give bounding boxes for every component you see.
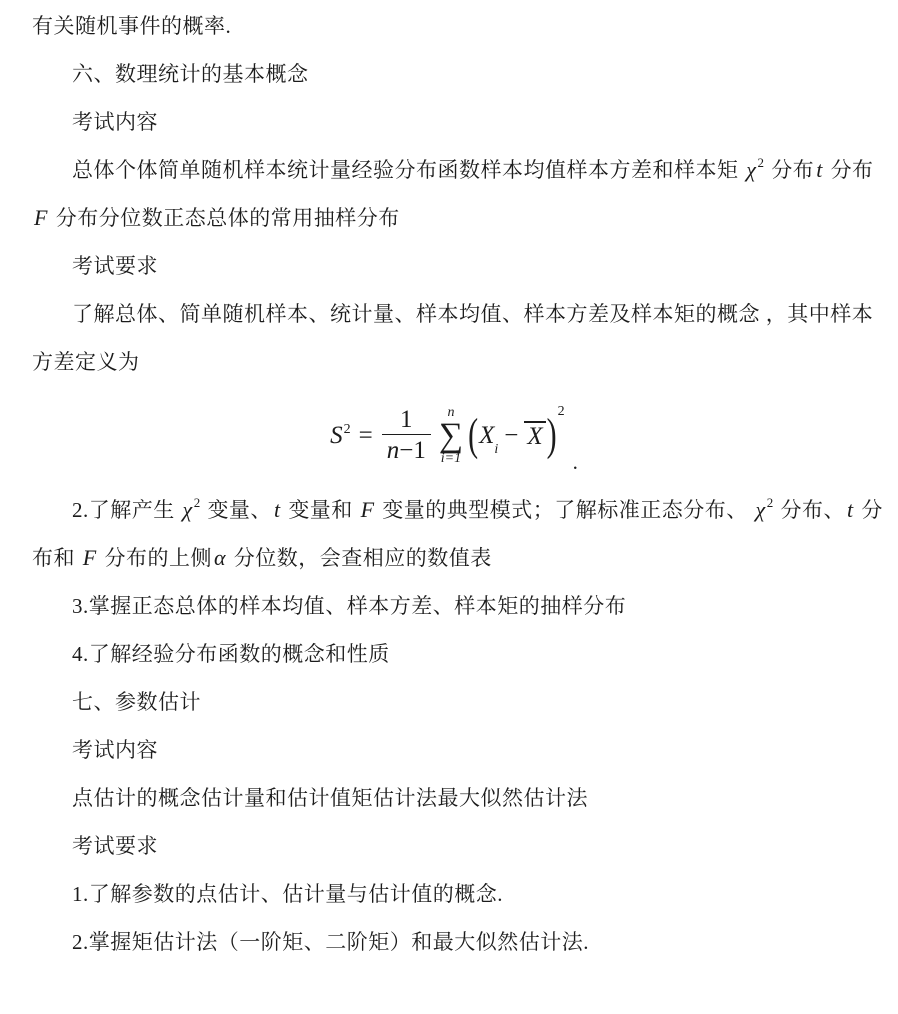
- text-run: 总体个体简单随机样本统计量经验分布函数样本均值样本方差和样本矩: [72, 158, 744, 182]
- summation-lower-limit: i=1: [441, 452, 461, 466]
- math-symbol: χ2: [744, 157, 765, 182]
- document-line: 2.掌握矩估计法（一阶矩、二阶矩）和最大似然估计法.: [32, 918, 868, 966]
- document-line: 了解总体、简单随机样本、统计量、样本均值、样本方差及样本矩的概念 ，其中样本: [32, 290, 868, 338]
- text-run: 分布: [825, 158, 874, 182]
- text-run: 变量的典型模式；了解标准正态分布、: [377, 498, 754, 522]
- text-run: 2.了解产生: [72, 498, 181, 522]
- summation: n ∑ i=1: [439, 406, 463, 466]
- math-symbol: F: [359, 497, 377, 522]
- text-run: 分布: [765, 158, 814, 182]
- document-line: F 分布分位数正态总体的常用抽样分布: [32, 194, 868, 242]
- document-line: 方差定义为: [32, 338, 868, 386]
- close-paren: ): [546, 414, 558, 459]
- fraction: 1 n−1: [382, 406, 431, 467]
- document-line: 考试要求: [32, 242, 868, 290]
- document-line: 总体个体简单随机样本统计量经验分布函数样本均值样本方差和样本矩 χ2 分布t 分…: [32, 146, 868, 194]
- open-paren: (: [467, 414, 479, 459]
- text-run: 方差定义为: [32, 350, 140, 374]
- formula-row: S2 = 1 n−1 n ∑ i=1 ( Xi − X ) 2 .: [330, 406, 570, 467]
- text-run: 1.了解参数的点估计、估计量与估计值的概念.: [72, 882, 503, 906]
- text-run: 变量、: [202, 498, 272, 522]
- document-line: 布和 F 分布的上侧α 分位数，会查相应的数值表: [32, 534, 868, 582]
- text-run: 点估计的概念估计量和估计值矩估计法最大似然估计法: [72, 786, 588, 810]
- document-line: 七、参数估计: [32, 678, 868, 726]
- text-block-bottom: 2.了解产生 χ2 变量、t 变量和 F 变量的典型模式；了解标准正态分布、 χ…: [32, 486, 868, 966]
- text-run: 考试要求: [72, 254, 158, 278]
- text-run: 3.掌握正态总体的样本均值、样本方差、样本矩的抽样分布: [72, 594, 626, 618]
- text-run: 有关随机事件的概率.: [32, 14, 231, 38]
- math-symbol: t: [272, 497, 283, 522]
- math-symbol: F: [81, 545, 99, 570]
- text-run: 2.掌握矩估计法（一阶矩、二阶矩）和最大似然估计法.: [72, 930, 589, 954]
- text-run: 分位数，会查相应的数值表: [228, 546, 492, 570]
- fraction-numerator: 1: [394, 406, 419, 435]
- document-page: 有关随机事件的概率.六、数理统计的基本概念考试内容总体个体简单随机样本统计量经验…: [0, 0, 898, 1014]
- text-run: 4.了解经验分布函数的概念和性质: [72, 642, 390, 666]
- math-symbol: χ2: [754, 497, 775, 522]
- math-symbol: t: [814, 157, 825, 182]
- formula-period: .: [573, 450, 578, 475]
- document-line: 有关随机事件的概率.: [32, 2, 868, 50]
- text-run: 考试内容: [72, 738, 158, 762]
- text-run: 分布分位数正态总体的常用抽样分布: [50, 206, 400, 230]
- formula-S-squared: S2: [330, 422, 350, 450]
- sigma-icon: ∑: [439, 420, 463, 452]
- document-line: 2.了解产生 χ2 变量、t 变量和 F 变量的典型模式；了解标准正态分布、 χ…: [32, 486, 868, 534]
- X-bar: X: [524, 421, 545, 450]
- document-line: 考试内容: [32, 726, 868, 774]
- text-run: 布和: [32, 546, 81, 570]
- math-symbol: χ2: [181, 497, 202, 522]
- document-line: 点估计的概念估计量和估计值矩估计法最大似然估计法: [32, 774, 868, 822]
- text-run: 分: [856, 498, 883, 522]
- text-run: 考试要求: [72, 834, 158, 858]
- document-line: 考试内容: [32, 98, 868, 146]
- document-line: 考试要求: [32, 822, 868, 870]
- document-line: 六、数理统计的基本概念: [32, 50, 868, 98]
- text-run: 七、参数估计: [72, 690, 201, 714]
- math-symbol: α: [212, 545, 228, 570]
- text-run: 了解总体、简单随机样本、统计量、样本均值、样本方差及样本矩的概念 ，其中样本: [72, 302, 873, 326]
- math-symbol: t: [845, 497, 856, 522]
- fraction-denominator: n−1: [382, 434, 431, 466]
- math-symbol: F: [32, 205, 50, 230]
- text-block-top: 有关随机事件的概率.六、数理统计的基本概念考试内容总体个体简单随机样本统计量经验…: [32, 2, 868, 386]
- sample-variance-formula: S2 = 1 n−1 n ∑ i=1 ( Xi − X ) 2 .: [32, 386, 868, 486]
- text-run: 分布的上侧: [99, 546, 212, 570]
- equals-sign: =: [359, 422, 373, 450]
- text-run: 考试内容: [72, 110, 158, 134]
- text-run: 六、数理统计的基本概念: [72, 62, 309, 86]
- document-line: 1.了解参数的点估计、估计量与估计值的概念.: [32, 870, 868, 918]
- text-run: 变量和: [283, 498, 359, 522]
- minus-sign: −: [504, 422, 518, 450]
- text-run: 分布、: [775, 498, 845, 522]
- X-sub-i: Xi: [479, 422, 498, 450]
- document-line: 3.掌握正态总体的样本均值、样本方差、样本矩的抽样分布: [32, 582, 868, 630]
- document-line: 4.了解经验分布函数的概念和性质: [32, 630, 868, 678]
